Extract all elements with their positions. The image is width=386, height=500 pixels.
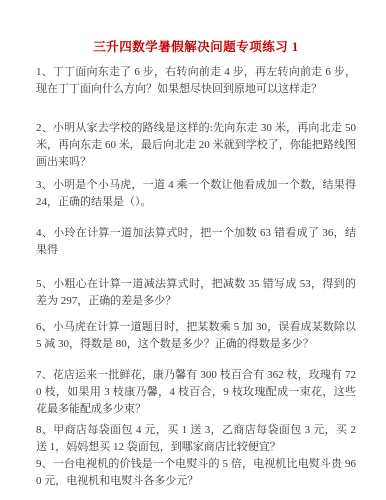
page-title: 三升四数学暑假解决问题专项练习 1: [36, 40, 356, 55]
problem-item-4: 4、小玲在计算一道加法算式时，把一个加数 63 错看成了 36，结果得: [36, 225, 356, 259]
problem-item-9: 9、一台电视机的价钱是一个电熨斗的 5 倍，电视机比电熨斗贵 960 元，电视机…: [36, 456, 356, 490]
problem-item-2: 2、小明从家去学校的路线是这样的:先向东走 30 米，再向北走 50 米，再向东…: [36, 120, 356, 171]
problem-item-5: 5、小粗心在计算一道减法算式时，把减数 35 错写成 53，得到的差为 297，…: [36, 276, 356, 310]
problem-item-6: 6、小马虎在计算一道题目时，把某数乘 5 加 30，误看成某数除以 5 减 30…: [36, 319, 356, 353]
problem-item-3: 3、小明是个小马虎，一道 4 乘一个数让他看成加一个数，结果得 24，正确的结果…: [36, 177, 356, 211]
worksheet-page: 三升四数学暑假解决问题专项练习 1 1、丁丁面向东走了 6 步，右转向前走 4 …: [0, 0, 386, 500]
problem-item-8: 8、甲商店每袋面包 4 元，买 1 送 3，乙商店每袋面包 3 元，买 2 送 …: [36, 422, 356, 456]
problem-list: 1、丁丁面向东走了 6 步，右转向前走 4 步，再左转向前走 6 步，现在丁丁面…: [36, 64, 356, 490]
problem-item-7: 7、花店运来一批鲜花，康乃馨有 300 枝百合有 362 枝，玫瑰有 720 枝…: [36, 367, 356, 418]
problem-item-1: 1、丁丁面向东走了 6 步，右转向前走 4 步，再左转向前走 6 步，现在丁丁面…: [36, 64, 356, 98]
